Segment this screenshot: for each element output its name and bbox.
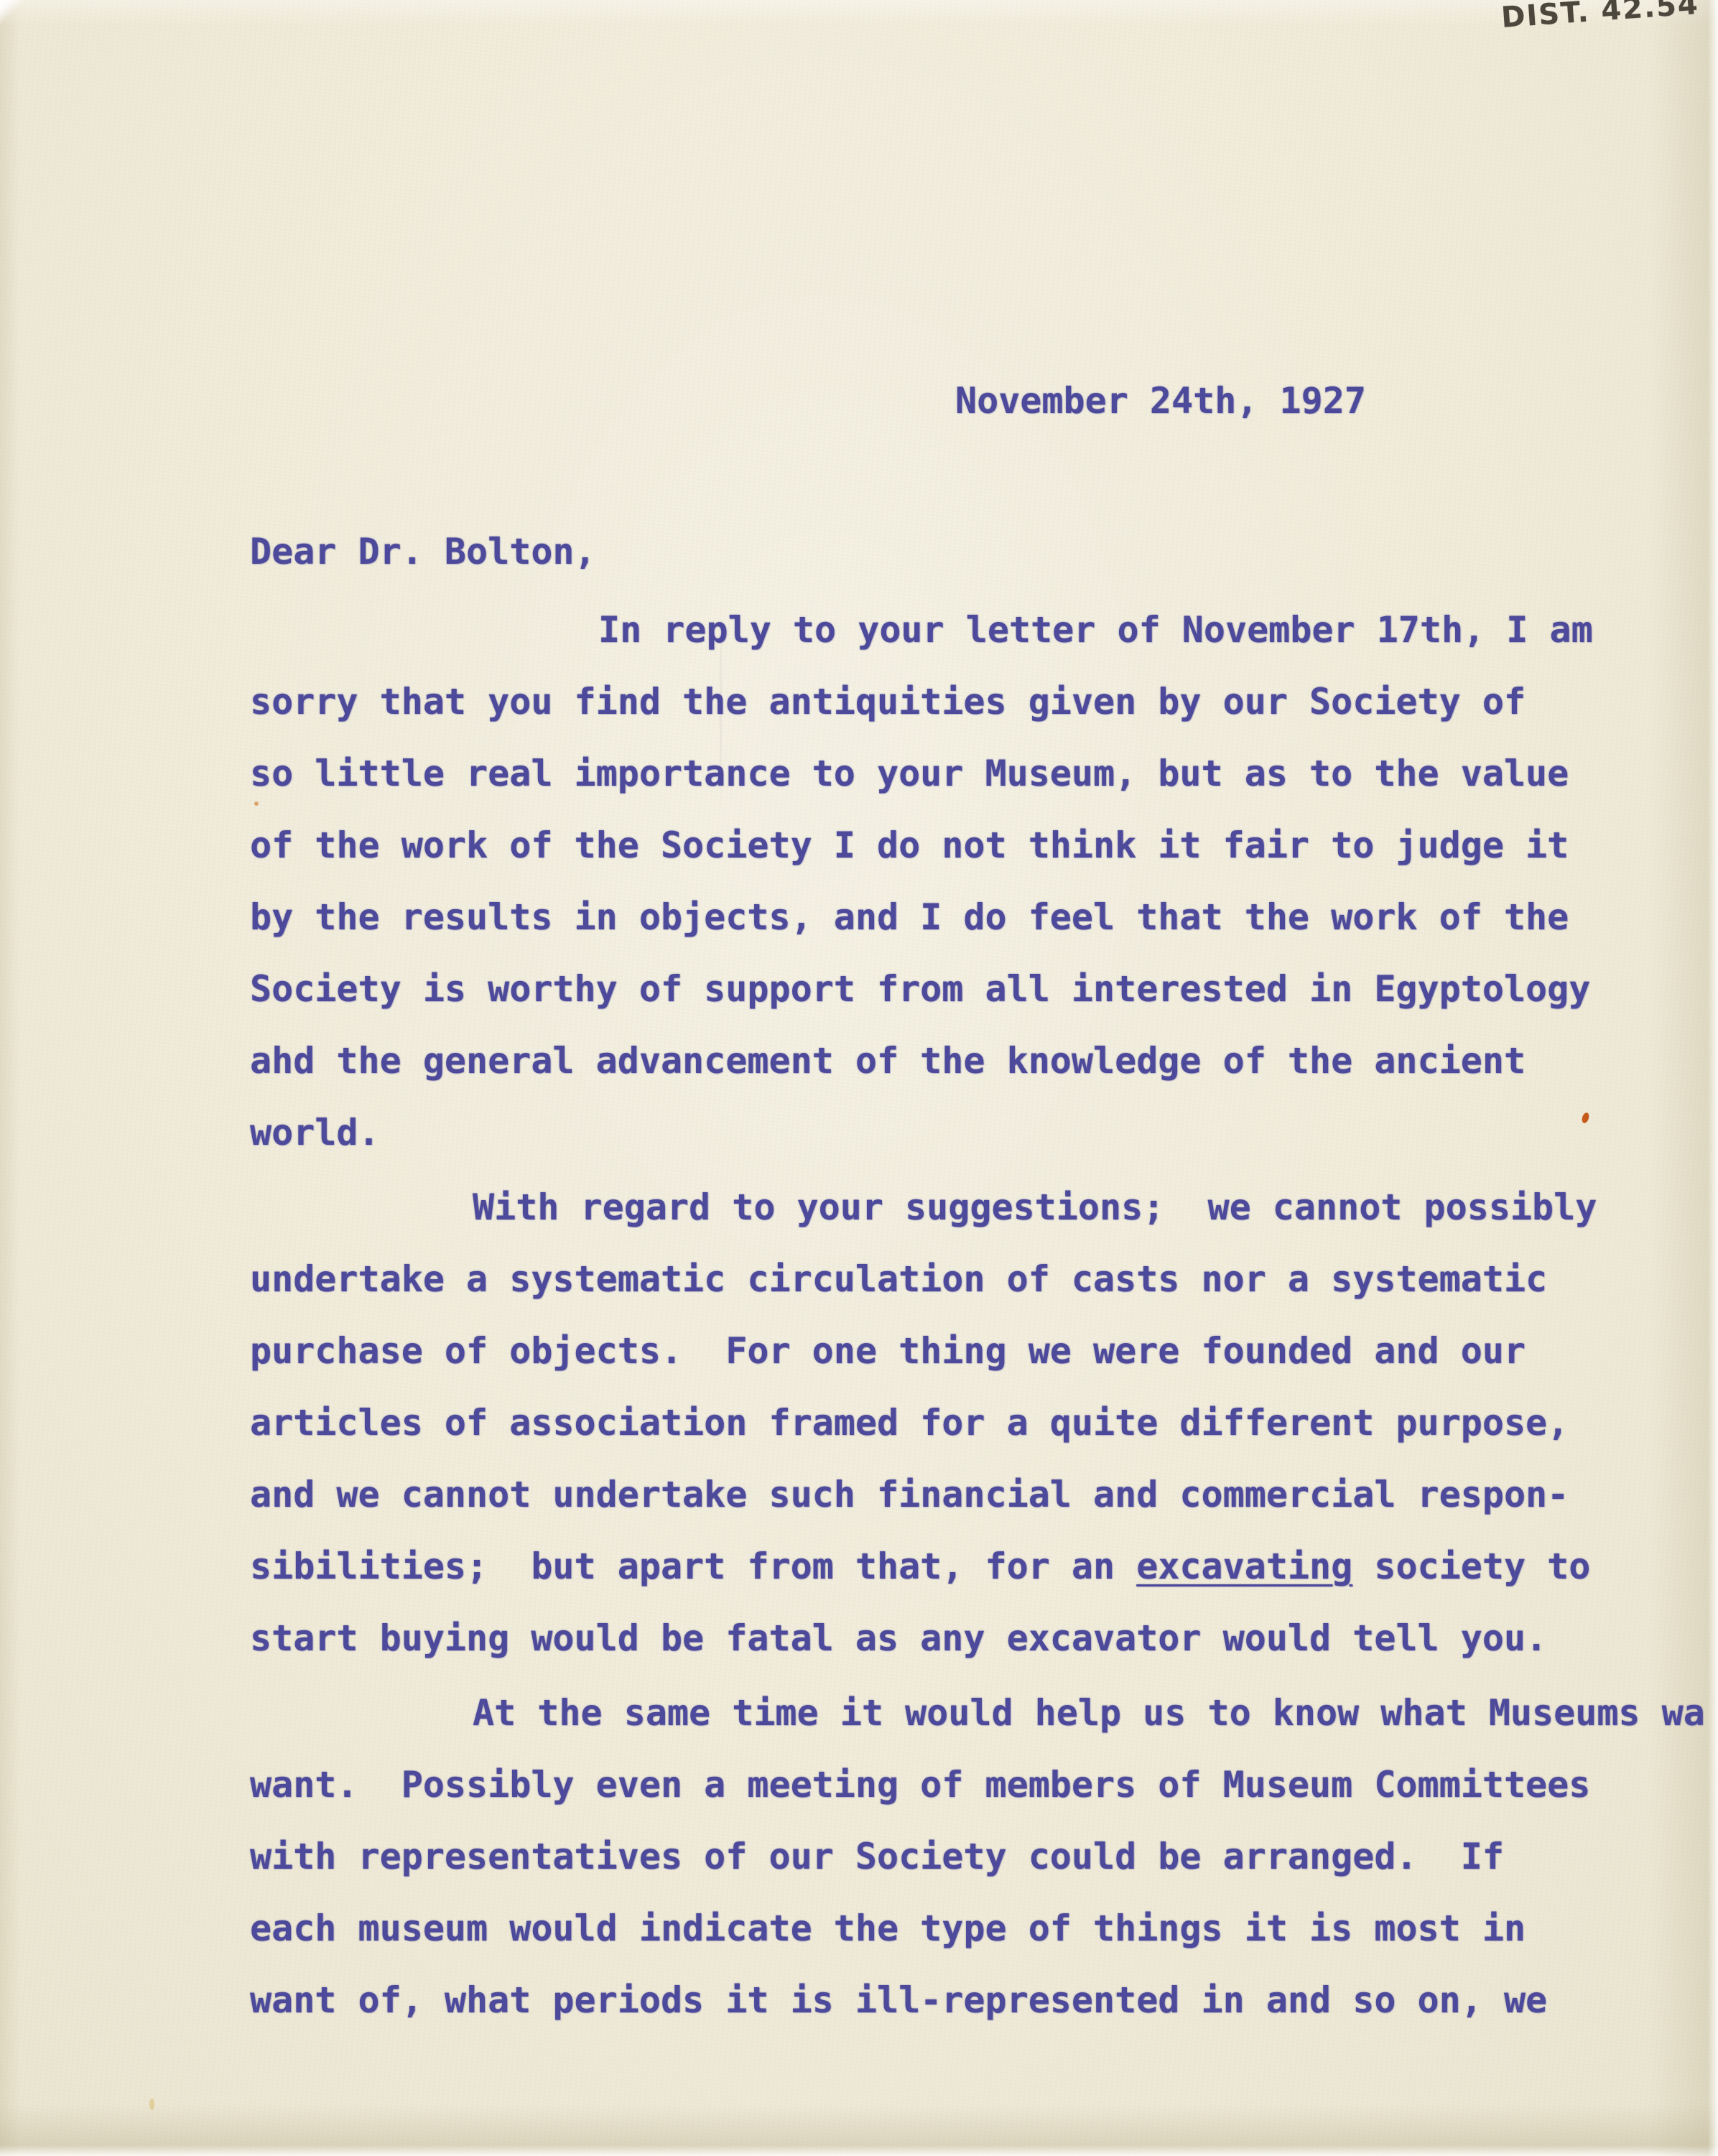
letter-body: In reply to your letter of November 17th…	[250, 594, 1715, 2036]
paragraph-3: At the same time it would help us to kno…	[250, 1677, 1715, 2036]
letter-salutation: Dear Dr. Bolton,	[250, 516, 596, 587]
letter-line: of the work of the Society I do not thin…	[250, 809, 1715, 881]
letter-line: sorry that you find the antiquities give…	[250, 666, 1715, 738]
letter-line: start buying would be fatal as any excav…	[250, 1602, 1715, 1674]
letter-line: At the same time it would help us to kno…	[250, 1677, 1715, 1749]
line-text: society to	[1352, 1546, 1590, 1587]
line-text: purchase of objects. For one thing we we…	[250, 1330, 1526, 1372]
paragraph-2: With regard to your suggestions; we cann…	[250, 1171, 1715, 1674]
letter-line: sibilities; but apart from that, for an …	[250, 1530, 1715, 1602]
pencil-annotation: DIST. 42.54	[1500, 0, 1700, 34]
line-text: so little real importance to your Museum…	[250, 753, 1569, 794]
letter-line: world.	[250, 1097, 1715, 1168]
letter-line: want of, what periods it is ill-represen…	[250, 1964, 1715, 2036]
letter-line: In reply to your letter of November 17th…	[250, 594, 1715, 666]
letter-line: purchase of objects. For one thing we we…	[250, 1315, 1715, 1387]
letter-line: so little real importance to your Museum…	[250, 738, 1715, 809]
line-text: Society is worthy of support from all in…	[250, 968, 1590, 1010]
letter-line: each museum would indicate the type of t…	[250, 1892, 1715, 1964]
letter-line: articles of association framed for a qui…	[250, 1387, 1715, 1459]
line-text: world.	[250, 1112, 380, 1153]
line-text: each museum would indicate the type of t…	[250, 1908, 1526, 1949]
letter-line: undertake a systematic circulation of ca…	[250, 1243, 1715, 1315]
line-text: With regard to your suggestions; we cann…	[473, 1186, 1597, 1228]
underlined-word: excavating	[1136, 1546, 1352, 1587]
paper-speck	[149, 2099, 154, 2110]
letter-line: by the results in objects, and I do feel…	[250, 881, 1715, 953]
line-text: articles of association framed for a qui…	[250, 1402, 1569, 1444]
line-text: start buying would be fatal as any excav…	[250, 1617, 1547, 1659]
line-text: In reply to your letter of November 17th…	[598, 609, 1593, 651]
line-text: sibilities; but apart from that, for an	[250, 1546, 1136, 1587]
letter-date: November 24th, 1927	[955, 365, 1366, 437]
letter-line: With regard to your suggestions; we cann…	[250, 1171, 1715, 1243]
line-text: sorry that you find the antiquities give…	[250, 681, 1526, 722]
paragraph-1: In reply to your letter of November 17th…	[250, 594, 1715, 1168]
scanned-letter-page: DIST. 42.54 November 24th, 1927 Dear Dr.…	[0, 0, 1718, 2156]
letter-line: and we cannot undertake such financial a…	[250, 1459, 1715, 1530]
line-text: with representatives of our Society coul…	[250, 1836, 1504, 1877]
line-text: of the work of the Society I do not thin…	[250, 824, 1569, 866]
letter-line: want. Possibly even a meeting of members…	[250, 1749, 1715, 1821]
line-text: want. Possibly even a meeting of members…	[250, 1764, 1590, 1806]
line-text: by the results in objects, and I do feel…	[250, 896, 1569, 938]
letter-line: Society is worthy of support from all in…	[250, 953, 1715, 1025]
letter-line: with representatives of our Society coul…	[250, 1821, 1715, 1892]
line-text: At the same time it would help us to kno…	[473, 1692, 1705, 1734]
line-text: and we cannot undertake such financial a…	[250, 1474, 1569, 1515]
line-text: ahd the general advancement of the knowl…	[250, 1040, 1526, 1082]
letter-line: ahd the general advancement of the knowl…	[250, 1025, 1715, 1097]
line-text: undertake a systematic circulation of ca…	[250, 1258, 1547, 1300]
line-text: want of, what periods it is ill-represen…	[250, 1979, 1547, 2021]
